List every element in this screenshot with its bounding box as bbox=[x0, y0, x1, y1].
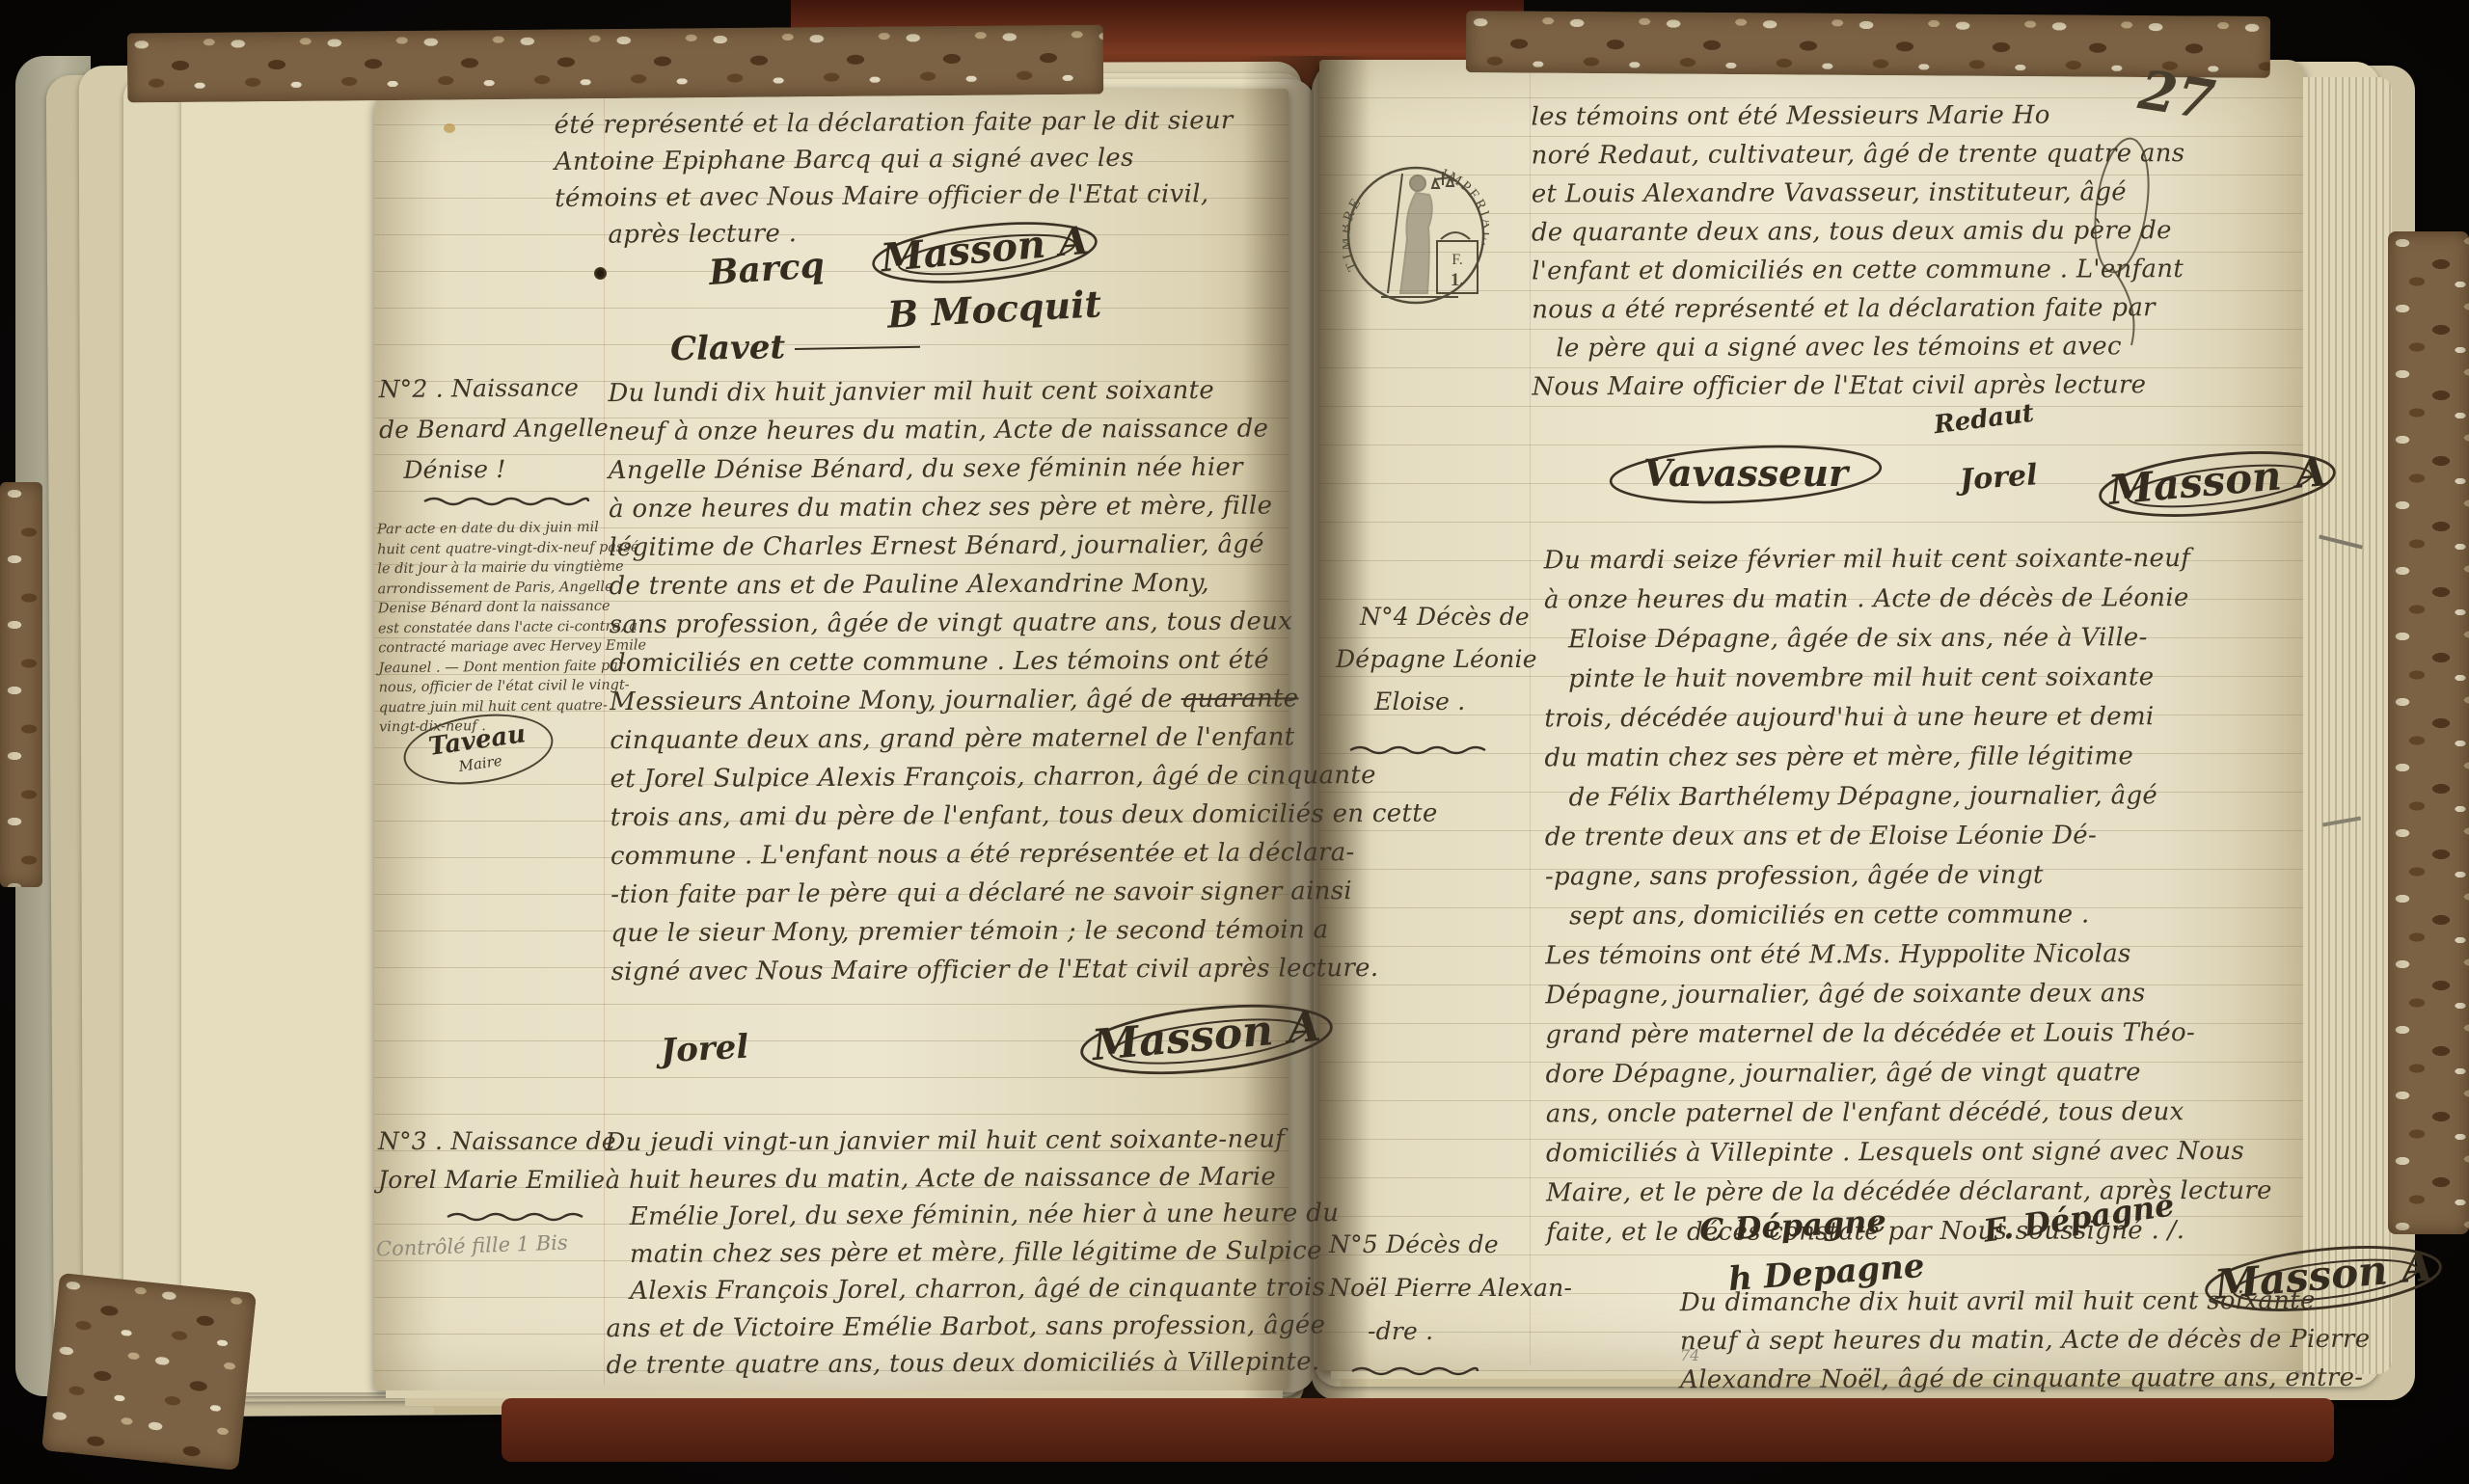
signature-jorel-2: Jorel bbox=[1959, 458, 2039, 498]
act4-margin-title: N°4 Décès de Dépagne Léonie Eloise . bbox=[1336, 596, 1558, 723]
register-line: de trente deux ans et de Eloise Léonie D… bbox=[1545, 816, 2336, 858]
register-line: domiciliés en cette commune . Les témoin… bbox=[610, 640, 1400, 683]
register-line: cinquante deux ans, grand père maternel … bbox=[610, 717, 1400, 760]
register-line: l'enfant et domiciliés en cette commune … bbox=[1532, 250, 2332, 291]
register-line: -pagne, sans profession, âgée de vingt bbox=[1545, 855, 2336, 898]
signature-vavasseur-paraph: Vavasseur bbox=[1603, 434, 1888, 511]
register-line: Du lundi dix huit janvier mil huit cent … bbox=[608, 370, 1398, 413]
register-line: de Benard Angelle bbox=[379, 408, 620, 450]
act-number: N°5 Décès de bbox=[1329, 1223, 1618, 1266]
register-line: Maire, et le père de la décédée déclaran… bbox=[1546, 1172, 2337, 1214]
signature-barcq: Barcq bbox=[708, 245, 826, 293]
register-line: légitime de Charles Ernest Bénard, journ… bbox=[609, 525, 1399, 567]
register-line: et Jorel Sulpice Alexis François, charro… bbox=[610, 756, 1400, 798]
register-line: matin chez ses père et mère, fille légit… bbox=[606, 1231, 1397, 1273]
register-line: le père qui a signé avec les témoins et … bbox=[1532, 327, 2332, 368]
register-line: nous, officier de l'état civil le vingt- bbox=[379, 676, 622, 698]
register-line: Noël Pierre Alexan- bbox=[1329, 1266, 1618, 1309]
divider-squiggle bbox=[422, 496, 591, 507]
register-line: Jeaunel . — Dont mention faite par bbox=[378, 656, 621, 678]
timbre-imperial-stamp: TIMBRE IMPERIAL. F. 1. bbox=[1343, 141, 1489, 330]
register-line: Eloise Dépagne, âgée de six ans, née à V… bbox=[1544, 618, 2335, 661]
register-line: Alexis François Jorel, charron, âgé de c… bbox=[606, 1269, 1397, 1310]
register-line: Par acte en date du dix juin mil bbox=[377, 518, 620, 540]
svg-text:TIMBRE: TIMBRE bbox=[1343, 194, 1366, 273]
margin-rule-left-page bbox=[604, 96, 605, 1385]
register-line: Nous Maire officier de l'Etat civil aprè… bbox=[1532, 365, 2332, 407]
register-line: de quarante deux ans, tous deux amis du … bbox=[1532, 211, 2332, 253]
register-line: contracté mariage avec Hervey Emile bbox=[378, 636, 621, 659]
register-line: sept ans, domiciliés en cette commune . bbox=[1545, 895, 2336, 937]
register-line: le dit jour à la mairie du vingtième bbox=[377, 557, 620, 580]
stamp-value-1: 1. bbox=[1451, 270, 1464, 290]
struck-word: quarante bbox=[1181, 684, 1299, 714]
register-line: est constatée dans l'acte ci-contre, a bbox=[378, 616, 621, 638]
divider-squiggle bbox=[446, 1211, 590, 1223]
register-line: de trente ans et de Pauline Alexandrine … bbox=[609, 563, 1399, 606]
register-line: ans, oncle paternel de l'enfant décédé, … bbox=[1546, 1093, 2337, 1135]
register-line: Alexandre Noël, âgé de cinquante quatre … bbox=[1680, 1359, 2355, 1399]
register-line: -tion faite par le père qui a déclaré ne… bbox=[610, 872, 1401, 914]
signature-clavet: Clavet bbox=[670, 326, 921, 369]
register-line: du matin chez ses père et mère, fille lé… bbox=[1544, 737, 2335, 779]
divider-squiggle bbox=[1350, 1365, 1485, 1377]
register-line: de trente quatre ans, tous deux domicili… bbox=[607, 1343, 1397, 1385]
register-line: Eloise . bbox=[1336, 681, 1558, 723]
stamp-text-timbre: TIMBRE bbox=[1343, 194, 1366, 273]
marbled-board-top-left bbox=[127, 25, 1104, 103]
act4-body-text: Du mardi seize février mil huit cent soi… bbox=[1544, 539, 2338, 1254]
act-number: N°4 Décès de bbox=[1336, 596, 1558, 638]
register-line: à onze heures du matin chez ses père et … bbox=[609, 486, 1399, 528]
marbled-board-left-sliver bbox=[0, 482, 42, 887]
margin-rule-right-page bbox=[1530, 67, 1531, 1364]
act5-margin-title: N°5 Décès de Noël Pierre Alexan- -dre . bbox=[1329, 1223, 1618, 1353]
register-line: Angelle Dénise Bénard, du sexe féminin n… bbox=[609, 447, 1399, 490]
register-line: trois ans, ami du père de l'enfant, tous… bbox=[610, 795, 1401, 837]
register-line: -dre . bbox=[1329, 1309, 1618, 1353]
register-line: neuf à onze heures du matin, Acte de nai… bbox=[609, 409, 1399, 451]
divider-squiggle bbox=[1348, 744, 1493, 756]
register-line: sans profession, âgée de vingt quatre an… bbox=[610, 602, 1400, 644]
register-line-with-strikeout: Messieurs Antoine Mony, journalier, âgé … bbox=[610, 679, 1400, 721]
act3-body-text: Du jeudi vingt-un janvier mil huit cent … bbox=[605, 1120, 1397, 1385]
register-line: Les témoins ont été M.Ms. Hyppolite Nico… bbox=[1545, 934, 2336, 977]
ink-blot bbox=[594, 267, 607, 280]
register-line: commune . L'enfant nous a été représenté… bbox=[610, 833, 1401, 876]
register-line: nous a été représenté et la déclaration … bbox=[1532, 288, 2332, 330]
register-line: Antoine Epiphane Barcq qui a signé avec … bbox=[555, 138, 1384, 180]
register-line: que le sieur Mony, premier témoin ; le s… bbox=[610, 910, 1401, 953]
photo-of-open-register: été représenté et la déclaration faite p… bbox=[0, 0, 2469, 1484]
register-line: Emélie Jorel, du sexe féminin, née hier … bbox=[606, 1195, 1397, 1236]
register-line: grand père maternel de la décédée et Lou… bbox=[1545, 1013, 2336, 1056]
register-line: neuf à sept heures du matin, Acte de déc… bbox=[1680, 1320, 2355, 1361]
register-line: à huit heures du matin, Acte de naissanc… bbox=[606, 1157, 1397, 1199]
register-line: arrondissement de Paris, Angelle bbox=[377, 577, 620, 599]
act-number: N°2 . Naissance bbox=[378, 367, 619, 410]
register-line-prefix: Messieurs Antoine Mony, journalier, âgé … bbox=[610, 685, 1181, 716]
register-line: les témoins ont été Messieurs Marie Ho bbox=[1531, 95, 2331, 137]
register-line: huit cent quatre-vingt-dix-neuf passé bbox=[377, 537, 620, 559]
svg-text:IMPERIAL.: IMPERIAL. bbox=[1440, 167, 1489, 250]
register-line: à onze heures du matin . Acte de décès d… bbox=[1544, 579, 2335, 621]
register-line: de Félix Barthélemy Dépagne, journalier,… bbox=[1545, 776, 2336, 819]
signature-masson-paraph: Masson A bbox=[863, 204, 1106, 293]
register-line: Du jeudi vingt-un janvier mil huit cent … bbox=[605, 1120, 1396, 1162]
cover-bottom-edge bbox=[502, 1398, 2334, 1462]
act2-body-text: Du lundi dix huit janvier mil huit cent … bbox=[608, 370, 1401, 991]
act2-margin-title: N°2 . Naissance de Benard Angelle Dénise… bbox=[378, 367, 620, 491]
register-line: ans et de Victoire Emélie Barbot, sans p… bbox=[606, 1306, 1397, 1347]
register-line: été représenté et la déclaration faite p… bbox=[554, 101, 1383, 144]
register-line: et Louis Alexandre Vavasseur, instituteu… bbox=[1532, 173, 2332, 214]
act2-marriage-annotation: Par acte en date du dix juin mil huit ce… bbox=[377, 518, 622, 738]
register-line: Denise Bénard dont la naissance bbox=[378, 597, 621, 619]
register-line: Dénise ! bbox=[379, 448, 620, 491]
marbled-board-bottom-left bbox=[41, 1273, 257, 1471]
left-page-bottom-edges bbox=[386, 1390, 1283, 1398]
signature-vavasseur: Vavasseur bbox=[1643, 451, 1848, 495]
stamp-value-f: F. bbox=[1452, 252, 1463, 268]
signature-masson-paraph-2: Masson A bbox=[1071, 982, 1343, 1090]
register-line: Dépagne, journalier, âgé de soixante deu… bbox=[1545, 974, 2336, 1016]
register-line: noré Redaut, cultivateur, âgé de trente … bbox=[1532, 134, 2332, 175]
stamp-text-imperial: IMPERIAL. bbox=[1440, 167, 1489, 250]
register-line: Du mardi seize février mil huit cent soi… bbox=[1544, 539, 2335, 581]
register-line: domiciliés à Villepinte . Lesquels ont s… bbox=[1546, 1132, 2337, 1174]
signature-masson-paraph-3: Masson A bbox=[2091, 432, 2344, 528]
paper-stain bbox=[444, 123, 455, 133]
previous-act-text-right: les témoins ont été Messieurs Marie Ho n… bbox=[1531, 95, 2332, 407]
register-line: dore Dépagne, journalier, âgé de vingt q… bbox=[1546, 1053, 2337, 1095]
register-line: Dépagne Léonie bbox=[1336, 638, 1558, 681]
register-line: trois, décédée aujourd'hui à une heure e… bbox=[1544, 697, 2335, 740]
marbled-board-right bbox=[2388, 231, 2469, 1234]
signature-jorel: Jorel bbox=[660, 1028, 749, 1071]
register-line: pinte le huit novembre mil huit cent soi… bbox=[1544, 658, 2335, 700]
